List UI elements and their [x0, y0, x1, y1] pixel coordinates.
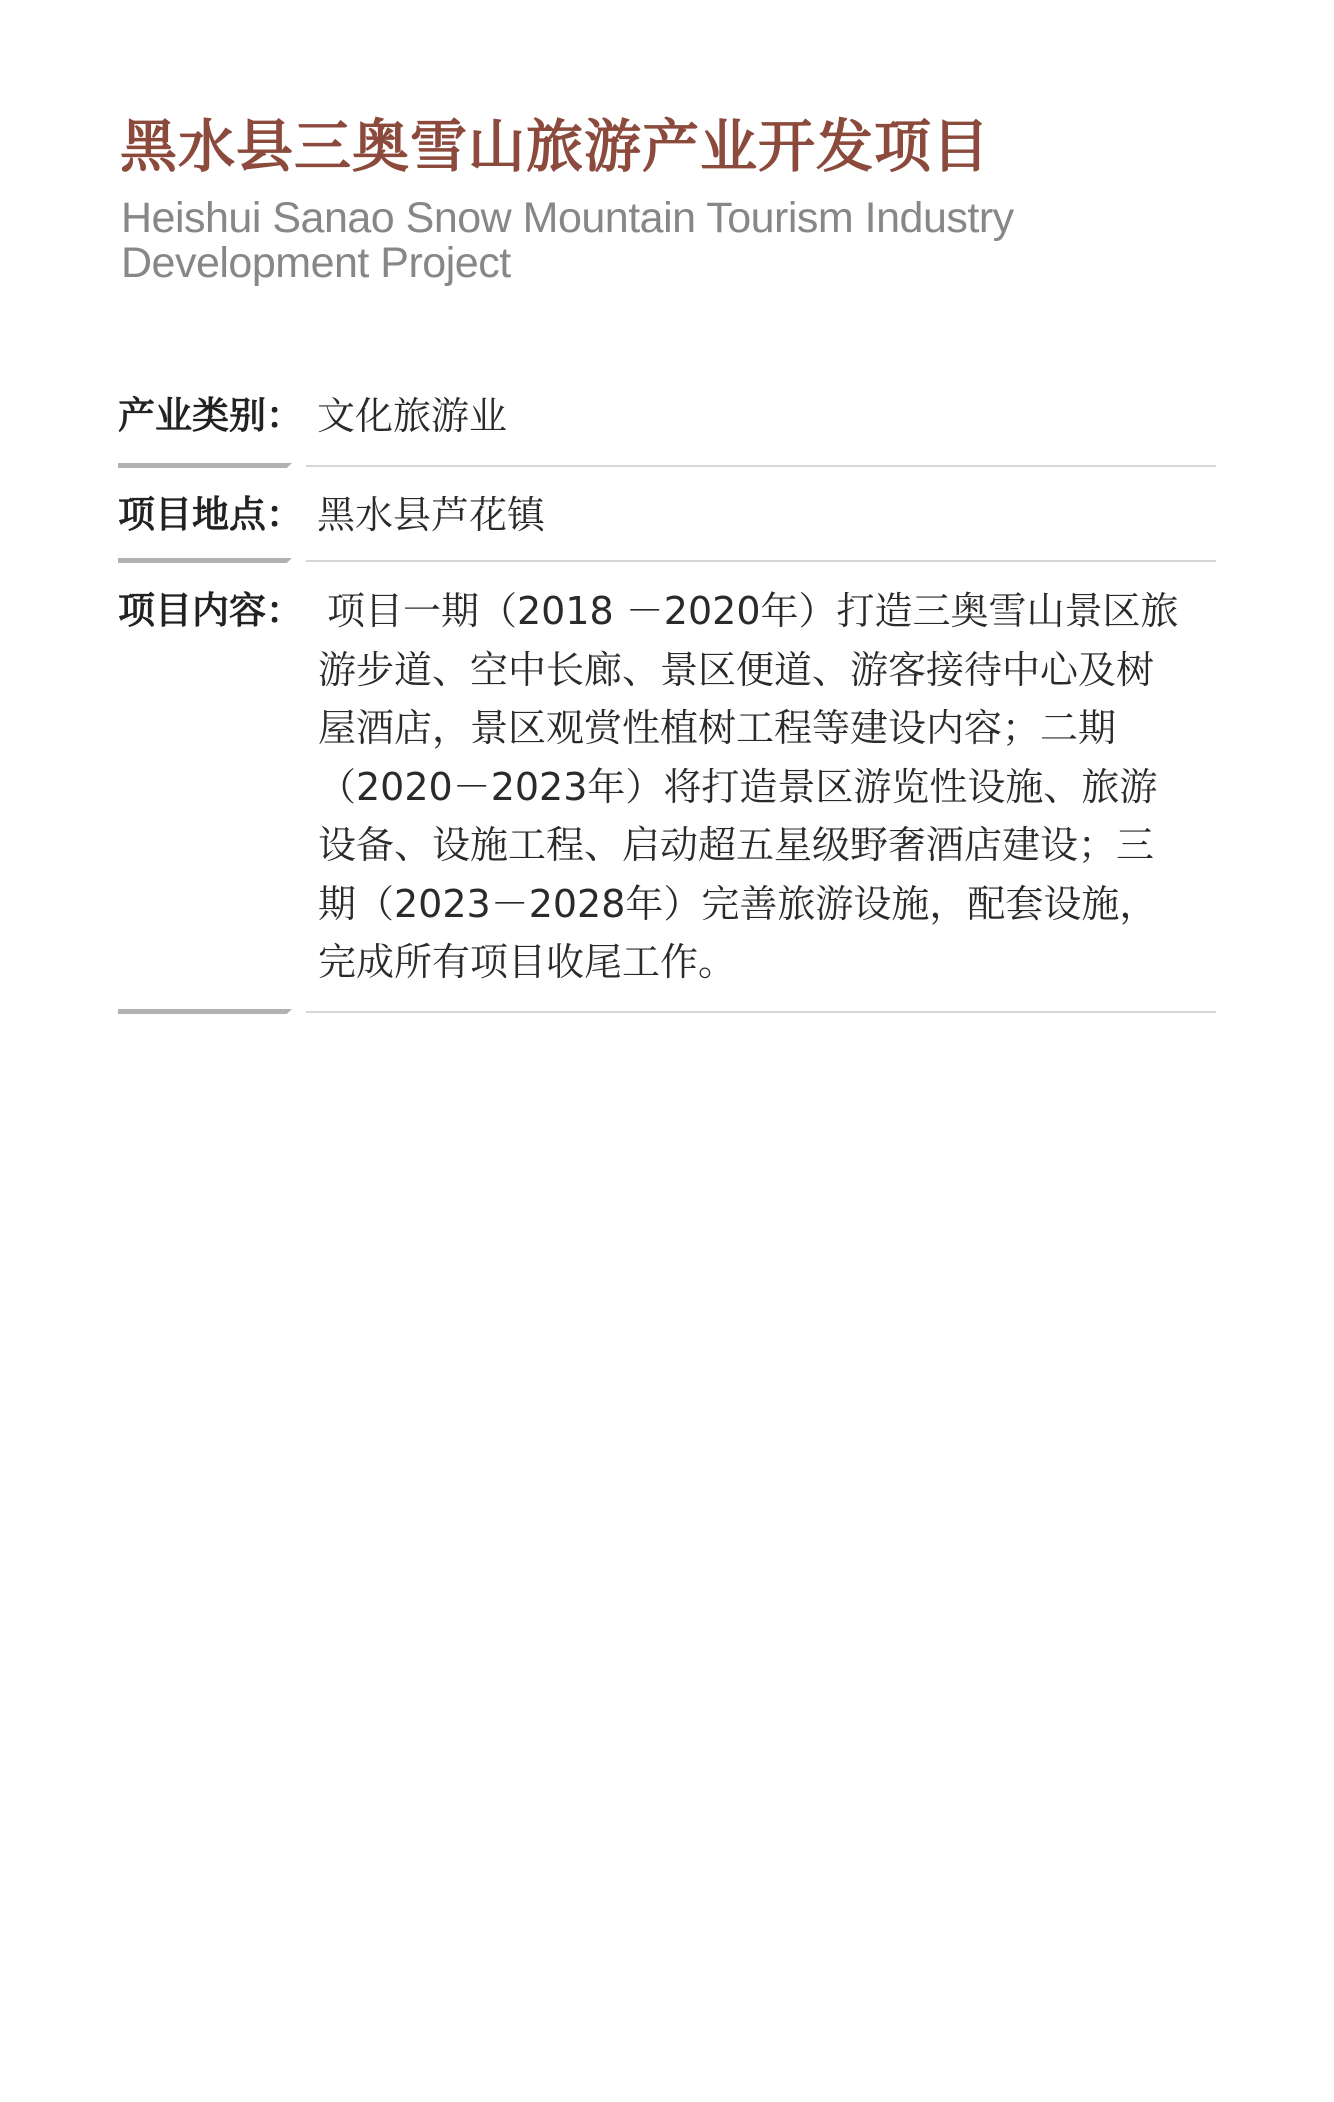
- paragraph-line: 项目一期（2018 －2020年）打造三奥雪山景区旅: [318, 586, 1218, 645]
- field-value: 黑水县芦花镇: [317, 490, 545, 540]
- field-label: 产业类别：: [118, 391, 303, 441]
- paragraph-line: 设备、设施工程、启动超五星级野奢酒店建设；三: [318, 820, 1218, 879]
- separator-accent-bar: [118, 463, 292, 468]
- paragraph-line: 完成所有项目收尾工作。: [318, 937, 1218, 996]
- paragraph-line: 屋酒店，景区观赏性植树工程等建设内容；二期: [318, 703, 1218, 762]
- field-label: 项目地点：: [118, 490, 303, 540]
- separator-line: [306, 560, 1216, 562]
- field-value: 文化旅游业: [317, 391, 507, 441]
- separator: [118, 1009, 1218, 1015]
- paragraph-line: 期（2023－2028年）完善旅游设施，配套设施，: [318, 879, 1218, 938]
- field-value-paragraph: 项目一期（2018 －2020年）打造三奥雪山景区旅 游步道、空中长廊、景区便道…: [318, 586, 1218, 996]
- project-title: 黑水县三奥雪山旅游产业开发项目: [120, 112, 990, 182]
- separator: [118, 558, 1218, 564]
- separator-accent-bar: [118, 1009, 292, 1014]
- separator-line: [306, 1011, 1216, 1013]
- separator-line: [306, 465, 1216, 467]
- paragraph-line: （2020－2023年）将打造景区游览性设施、旅游: [318, 762, 1218, 821]
- separator-accent-bar: [118, 558, 292, 563]
- separator: [118, 463, 1218, 469]
- project-subtitle-english: Heishui Sanao Snow Mountain Tourism Indu…: [121, 196, 1121, 286]
- field-label: 项目内容：: [118, 586, 303, 636]
- paragraph-line: 游步道、空中长廊、景区便道、游客接待中心及树: [318, 645, 1218, 704]
